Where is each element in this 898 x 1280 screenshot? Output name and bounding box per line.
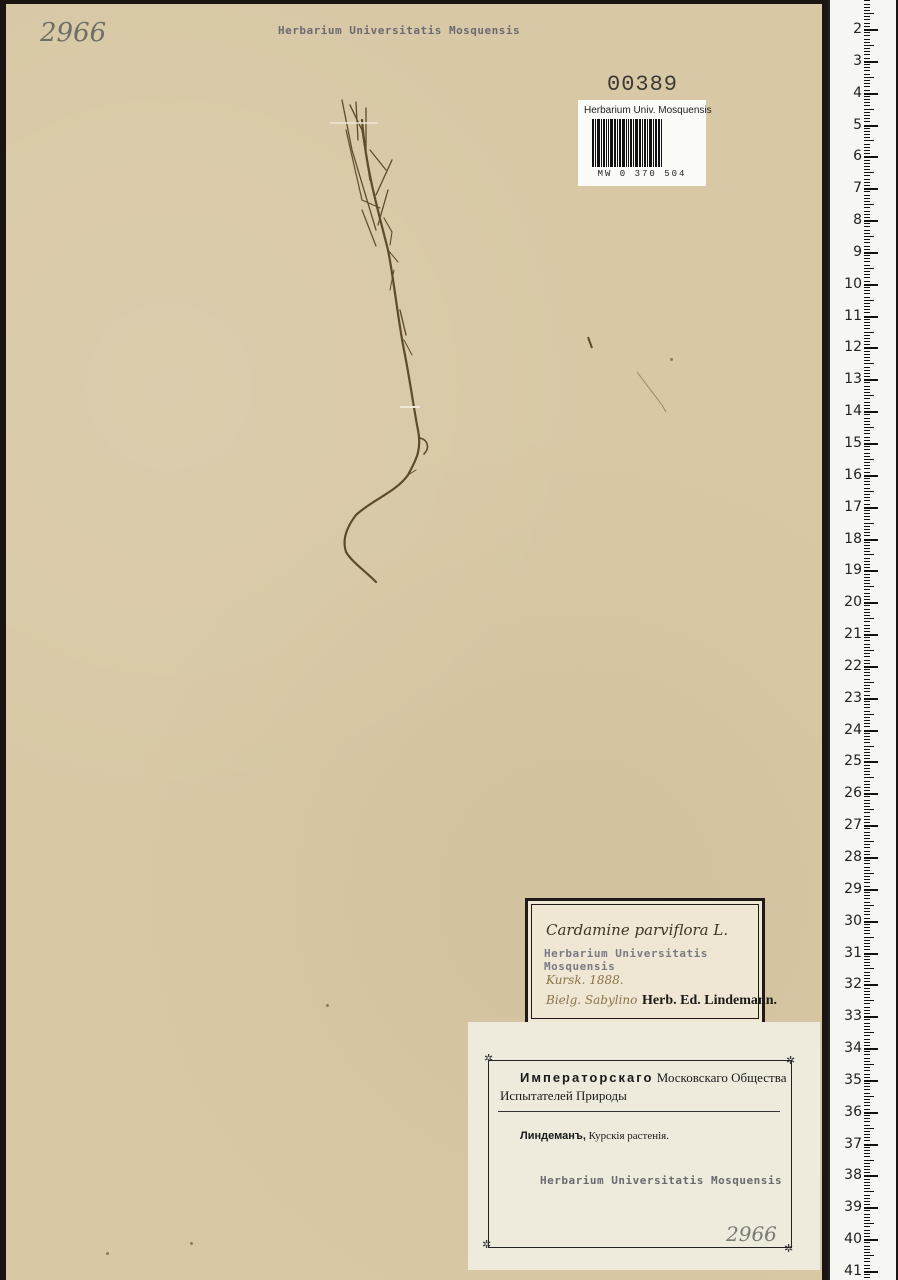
ruler-label: 24 [844,722,862,738]
ruler-tick [864,1233,870,1234]
ruler-tick [864,42,870,43]
ruler-tick [864,752,870,753]
ruler-label: 14 [844,403,862,419]
ruler-label: 20 [844,594,862,610]
ruler-tick [864,214,870,215]
ruler-tick [864,717,870,718]
ruler-tick [864,226,870,227]
ruler-tick [864,1175,878,1177]
ruler-tick [864,4,870,5]
ruler-tick [864,1042,870,1043]
ruler-label: 21 [844,626,862,642]
determination-label: Cardamine parviflora L. Herbarium Univer… [525,898,765,1025]
ruler-tick [864,341,870,342]
ruler-tick [864,290,870,291]
ruler-tick [864,268,874,269]
ruler-tick [864,730,878,732]
ruler-tick [864,991,870,992]
ruler-tick [864,650,874,651]
ruler-tick [864,644,870,645]
ruler-tick [864,787,870,788]
ruler-tick [864,354,870,355]
ruler-tick [864,300,874,301]
ruler-tick [864,102,870,103]
ruler-tick [864,328,870,329]
ruler-tick [864,889,878,891]
ruler-tick [864,746,874,747]
ruler-tick [864,246,870,247]
ruler-tick [864,449,870,450]
ruler-tick [864,615,870,616]
ruler-tick [864,1185,870,1186]
ruler-tick [864,83,870,84]
ruler-tick [864,1268,870,1269]
ruler-tick [864,1070,870,1071]
ruler-tick [864,472,870,473]
ruler-tick [864,902,870,903]
ruler-tick [864,306,870,307]
ruler-tick [864,1246,870,1247]
ruler-tick [864,1032,874,1033]
ruler-tick [864,70,870,71]
ruler-label: 32 [844,976,862,992]
ruler-tick [864,433,870,434]
ruler-tick [864,45,874,46]
ruler-tick [864,972,870,973]
ruler-tick [864,456,870,457]
ruler-tick [864,147,870,148]
collection-line: Линдеманъ, Курскія растенія. [520,1130,669,1142]
ruler-label: 5 [853,117,862,133]
ruler-tick [864,749,870,750]
ruler-tick [864,277,870,278]
ruler-tick [864,360,870,361]
barcode [592,119,692,167]
ruler-tick [864,953,878,955]
society-title-rest: Московскаго Общества [657,1070,787,1085]
ruler-label: 10 [844,276,862,292]
ruler-tick [864,774,870,775]
barcode-label: Herbarium Univ. Mosquensis MW 0 370 504 [578,100,706,186]
ruler-tick [864,962,870,963]
ruler-tick [864,898,870,899]
ruler-tick [864,1210,870,1211]
ruler-tick [864,832,870,833]
ruler-tick [864,51,870,52]
ruler-tick [864,23,870,24]
ruler-tick [864,357,870,358]
ruler-tick [864,1160,874,1161]
ruler-tick [864,478,870,479]
ruler-tick [864,1125,870,1126]
ruler-tick [864,74,870,75]
ruler-tick [864,118,870,119]
ruler-tick [864,564,870,565]
ruler-tick [864,914,870,915]
ruler-tick [864,166,870,167]
ruler-tick [864,128,870,129]
ruler-tick [864,733,870,734]
ruler-tick [864,561,870,562]
ruler-tick [864,54,870,55]
ruler-tick [864,844,870,845]
ruler-tick [864,207,870,208]
ruler-tick [864,736,870,737]
ruler-tick [864,379,878,381]
ruler-tick [864,309,870,310]
ruler-tick [864,1048,878,1050]
ruler-tick [864,879,870,880]
ruler-tick [864,997,870,998]
ruler-tick [864,363,874,364]
ruler-tick [864,430,870,431]
ruler-tick [864,440,870,441]
ruler-tick [864,1105,870,1106]
ruler-tick [864,758,870,759]
ruler-tick [864,1274,870,1275]
ruler-tick [864,1093,870,1094]
ruler-tick [864,628,870,629]
locality-line-1: Kursk. 1888. [546,973,624,987]
ruler-tick [864,316,878,318]
ruler-tick [864,653,870,654]
ruler-tick [864,338,870,339]
ruler-tick [864,535,870,536]
ruler-tick [864,274,870,275]
ruler-label: 12 [844,339,862,355]
ruler-tick [864,220,878,222]
ruler-tick [864,602,878,604]
ruler-label: 40 [844,1231,862,1247]
ruler-tick [864,58,870,59]
ruler-tick [864,1128,874,1129]
ruler-tick [864,1249,870,1250]
ruler-tick [864,1061,870,1062]
fragment [588,337,592,348]
ruler-tick [864,468,870,469]
ruler-tick [864,819,870,820]
ruler-tick [864,599,870,600]
herbarium-stamp: Herbarium Universitatis Mosquensis [544,947,762,973]
ruler-tick [864,271,870,272]
ruler-tick [864,583,870,584]
ruler-tick [864,921,878,923]
ruler-tick [864,284,878,286]
ruler-tick [864,1230,870,1231]
ruler-tick [864,150,870,151]
ruler-tick [864,634,878,636]
ruler-tick [864,99,870,100]
ruler-tick [864,656,870,657]
ruler-tick [864,105,870,106]
ruler-tick [864,593,870,594]
species-name: Cardamine parviflora L. [546,921,728,939]
ruler-tick [864,500,870,501]
ruler-tick [864,1099,870,1100]
ruler-label: 15 [844,435,862,451]
ruler-tick [864,351,870,352]
ruler-tick [864,532,870,533]
ruler-tick [864,1220,870,1221]
ruler-tick [864,453,870,454]
ruler-tick [864,895,870,896]
ruler-tick [864,1261,870,1262]
ruler-tick [864,236,874,237]
ruler-tick [864,1109,870,1110]
ruler-tick [864,402,870,403]
ruler-tick [864,10,870,11]
ruler-tick [864,994,870,995]
ruler-tick [864,1019,870,1020]
ruler-tick [864,446,870,447]
ruler-tick [864,1277,870,1278]
ruler-tick [864,1112,878,1114]
ruler-tick [864,1086,870,1087]
accession-number: 00389 [607,72,678,97]
ruler-tick [864,1236,870,1237]
cm-ruler: 2345678910111213141516171819202122232425… [828,0,896,1280]
ruler-label: 37 [844,1136,862,1152]
ruler-tick [864,1169,870,1170]
ruler-tick [864,1058,870,1059]
herbarium-stamp: Herbarium Universitatis Mosquensis [540,1174,782,1187]
ruler-tick [864,981,870,982]
ruler-tick [864,48,870,49]
ruler-tick [864,163,870,164]
ruler-tick [864,204,874,205]
ruler-tick [864,1064,874,1065]
ruler-tick [864,570,878,572]
ruler-tick [864,408,870,409]
ruler-tick [864,959,870,960]
ruler-tick [864,389,870,390]
ruler-tick [864,1265,870,1266]
ruler-tick [864,367,870,368]
ruler-tick [864,156,878,158]
ruler-tick [864,539,878,541]
ruler-tick [864,873,874,874]
ruler-tick [864,637,870,638]
ruler-tick [864,1083,870,1084]
ruler-tick [864,937,874,938]
ruler-tick [864,978,870,979]
ruler-tick [864,312,870,313]
ruler-tick [864,261,870,262]
ruler-label: 8 [853,212,862,228]
ruler-tick [864,488,870,489]
ruler-tick [864,96,870,97]
ruler-tick [864,838,870,839]
ruler-tick [864,1140,870,1141]
ruler-tick [864,188,878,190]
barcode-id: MW 0 370 504 [584,169,700,179]
ruler-tick [864,239,870,240]
ruler-tick [864,395,874,396]
ruler-tick [864,332,874,333]
ruler-tick [864,940,870,941]
ruler-tick [864,293,870,294]
ruler-tick [864,1007,870,1008]
ruler-tick [864,949,870,950]
ruler-tick [864,698,878,700]
ruler-tick [864,1134,870,1135]
ruler-tick [864,1223,874,1224]
ruler-tick [864,179,870,180]
ruler-tick [864,462,870,463]
ruler-tick [864,1182,870,1183]
ruler-tick [864,800,870,801]
ornament-icon: ✲ [784,1242,793,1255]
ruler-tick [864,707,870,708]
ruler-tick [864,265,870,266]
ruler-tick [864,35,870,36]
ruler-tick [864,1010,870,1011]
ruler-tick [864,233,870,234]
ruler-tick [864,1039,870,1040]
ruler-tick [864,567,870,568]
ruler-tick [864,1000,874,1001]
ruler-tick [864,217,870,218]
ruler-tick [864,679,870,680]
herb-lindemann: Herb. Ed. Lindemann. [642,993,777,1009]
ruler-label: 6 [853,148,862,164]
ruler-tick [864,80,870,81]
ruler-tick [864,134,870,135]
ruler-tick [864,618,874,619]
ruler-tick [864,660,870,661]
ruler-tick [864,16,870,17]
ruler-tick [864,249,870,250]
ruler-tick [864,669,870,670]
ruler-tick [864,93,878,95]
ruler-tick [864,1201,870,1202]
ruler-tick [864,325,870,326]
ruler-tick [864,109,874,110]
ruler-tick [864,144,870,145]
ruler-tick [864,714,874,715]
ruler-tick [864,26,870,27]
ruler-tick [864,625,870,626]
ruler-tick [864,1023,870,1024]
ruler-tick [864,182,870,183]
ruler-tick [864,1242,870,1243]
ruler-tick [864,621,870,622]
ruler-tick [864,768,870,769]
collector: Линдеманъ, [520,1130,586,1142]
ruler-tick [864,596,870,597]
ruler-tick [864,137,870,138]
ruler-tick [864,185,870,186]
ruler-tick [864,1026,870,1027]
ruler-tick [864,252,878,254]
ruler-tick [864,1239,878,1241]
ruler-tick [864,781,870,782]
ruler-label: 35 [844,1072,862,1088]
ruler-tick [864,1121,870,1122]
ruler-tick [864,609,870,610]
ruler-tick [864,892,870,893]
ruler-tick [864,526,870,527]
ruler-tick [864,497,870,498]
ruler-tick [864,793,878,795]
ruler-tick [864,965,870,966]
ruler-tick [864,255,870,256]
ruler-tick [864,1226,870,1227]
ruler-tick [864,153,870,154]
ruler-tick [864,739,870,740]
ruler-tick [864,723,870,724]
ruler-tick [864,29,878,31]
ruler-tick [864,287,870,288]
ruler-tick [864,405,870,406]
ruler-tick [864,414,870,415]
ruler-tick [864,911,870,912]
ruler-tick [864,1163,870,1164]
ruler-label: 33 [844,1008,862,1024]
ruler-tick [864,370,870,371]
ruler-label: 41 [844,1263,862,1279]
ruler-tick [864,1074,870,1075]
ruler-tick [864,347,878,349]
ruler-tick [864,1089,870,1090]
society-title-bold: Императорскаго [520,1070,653,1085]
ruler-label: 27 [844,817,862,833]
ruler-tick [864,854,870,855]
ruler-label: 13 [844,371,862,387]
ruler-tick [864,589,870,590]
ruler-tick [864,886,870,887]
ruler-tick [864,1252,870,1253]
ruler-label: 26 [844,785,862,801]
ruler-tick [864,411,878,413]
ruler-tick [864,1096,874,1097]
ruler-tick [864,675,870,676]
ornament-icon: ✲ [786,1054,795,1067]
ruler-tick [864,586,874,587]
ruler-tick [864,418,870,419]
ruler-tick [864,1035,870,1036]
ruler-tick [864,386,870,387]
collection-name: Курскія растенія. [589,1130,669,1142]
ruler-tick [864,803,870,804]
ruler-tick [864,771,870,772]
ruler-tick [864,1029,870,1030]
ruler-tick [864,835,870,836]
ornament-icon: ✲ [482,1238,491,1251]
ruler-tick [864,1045,870,1046]
ruler-tick [864,711,870,712]
ruler-tick [864,494,870,495]
ruler-tick [864,828,870,829]
ruler-label: 3 [853,53,862,69]
ruler-tick [864,427,874,428]
ruler-tick [864,956,870,957]
ruler-label: 4 [853,85,862,101]
ruler-tick [864,806,870,807]
ruler-tick [864,484,870,485]
ruler-label: 34 [844,1040,862,1056]
ruler-tick [864,1207,878,1209]
ruler-tick [864,984,878,986]
ruler-tick [864,373,870,374]
ruler-tick [864,816,870,817]
ruler-tick [864,510,870,511]
ruler-tick [864,918,870,919]
ruler-tick [864,777,874,778]
ruler-tick [864,1003,870,1004]
ruler-tick [864,297,870,298]
ruler-tick [864,701,870,702]
